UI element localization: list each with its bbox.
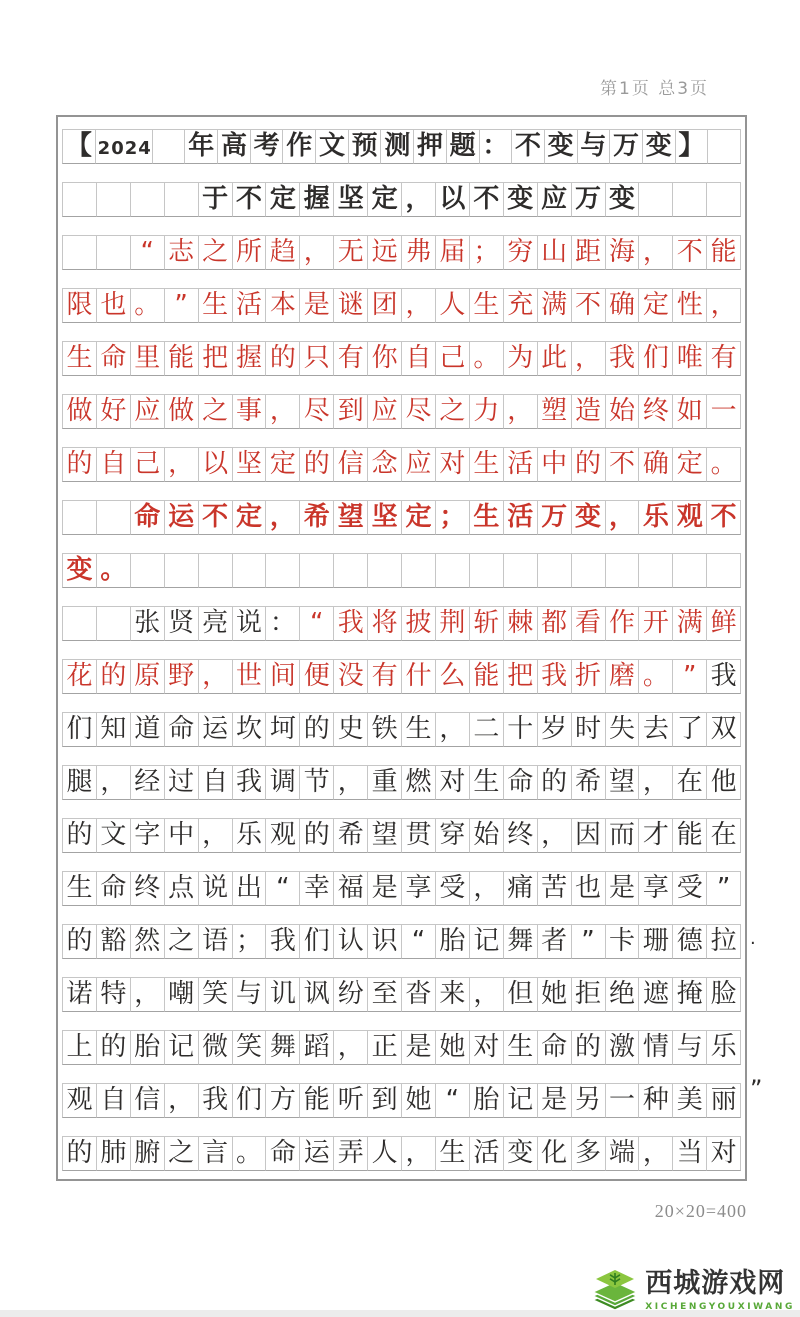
grid-cell: 到 (333, 394, 368, 429)
grid-cell: 是 (401, 1030, 436, 1065)
grid-cell: 之 (164, 924, 199, 959)
grid-cell: 而 (605, 818, 640, 853)
grid-cell: 造 (571, 394, 606, 429)
grid-cell: 遮 (638, 977, 673, 1012)
grid-cell: ； (469, 235, 504, 270)
grid-cell: 握 (299, 182, 334, 217)
grid-row: 诺特，嘲笑与讥讽纷至沓来，但她拒绝遮掩脸 (62, 977, 741, 1012)
grid-cell: 将 (367, 606, 402, 641)
grid-cell: 特 (96, 977, 131, 1012)
grid-row: 生命里能把握的只有你自己。为此，我们唯有 (62, 341, 741, 376)
grid-cell: 们 (62, 712, 97, 747)
grid-cell: ； (435, 500, 470, 535)
grid-cell: 笑 (198, 977, 233, 1012)
grid-cell: 经 (130, 765, 165, 800)
grid-cell: 事 (232, 394, 267, 429)
grid-cell: 胎 (435, 924, 470, 959)
grid-cell: 终 (130, 871, 165, 906)
grid-cell: 也 (96, 288, 131, 323)
grid-cell: 乐 (638, 500, 673, 535)
grid-cell: 距 (571, 235, 606, 270)
grid-cell: 能 (672, 818, 707, 853)
grid-cell: 所 (232, 235, 267, 270)
grid-cell: 们 (299, 924, 334, 959)
grid-cell: 年 (184, 129, 218, 164)
grid-cell: 测 (380, 129, 414, 164)
grid-cell (672, 182, 707, 217)
grid-cell: 人 (435, 288, 470, 323)
grid-cell: 命 (96, 871, 131, 906)
grid-cell: 史 (333, 712, 368, 747)
grid-cell: 确 (638, 447, 673, 482)
grid-cell: 趋 (265, 235, 300, 270)
grid-cell: 来 (435, 977, 470, 1012)
grid-cell: 的 (62, 447, 97, 482)
grid-cell: 海 (605, 235, 640, 270)
grid-cell: 不 (232, 182, 267, 217)
grid-cell: 运 (164, 500, 199, 535)
grid-cell: 自 (401, 341, 436, 376)
grid-cell: 折 (571, 659, 606, 694)
grid-cell: ， (198, 818, 233, 853)
grid-cell: 但 (503, 977, 538, 1012)
grid-cell: 满 (672, 606, 707, 641)
grid-cell (367, 553, 402, 588)
grid-cell: 坎 (232, 712, 267, 747)
grid-cell: 。 (638, 659, 673, 694)
grid-cell: 野 (164, 659, 199, 694)
grid-cell: 生 (469, 288, 504, 323)
grid-cell: 望 (333, 500, 368, 535)
grid-cell: 活 (469, 1136, 504, 1171)
grid-cell: 舞 (503, 924, 538, 959)
grid-cell: ， (401, 288, 436, 323)
grid-cell: 德 (672, 924, 707, 959)
grid-cell: 么 (435, 659, 470, 694)
grid-cell: 尽 (299, 394, 334, 429)
grid-cell: 嘲 (164, 977, 199, 1012)
grid-cell: 生 (503, 1030, 538, 1065)
grid-cell: 题 (446, 129, 480, 164)
grid-cell: 享 (638, 871, 673, 906)
grid-cell: 把 (503, 659, 538, 694)
grid-cell (164, 553, 199, 588)
grid-cell: “ (265, 871, 300, 906)
grid-cell: 里 (130, 341, 165, 376)
grid-cell: 在 (706, 818, 741, 853)
grid-cell: 中 (537, 447, 572, 482)
grid-cell: 命 (537, 1030, 572, 1065)
grid-row: 命运不定，希望坚定；生活万变，乐观不 (62, 500, 741, 535)
grid-cell: 都 (537, 606, 572, 641)
grid-cell: 弄 (333, 1136, 368, 1171)
bottom-edge-band (0, 1310, 800, 1317)
grid-cell: 尽 (401, 394, 436, 429)
grid-cell: 能 (299, 1083, 334, 1118)
watermark-name: 西城游戏网 (645, 1270, 785, 1298)
grid-cell: 是 (299, 288, 334, 323)
grid-cell: ， (333, 765, 368, 800)
grid-cell: ， (299, 235, 334, 270)
grid-cell: 运 (299, 1136, 334, 1171)
grid-cell: 定 (638, 288, 673, 323)
grid-cell: 铁 (367, 712, 402, 747)
grid-cell: 贤 (164, 606, 199, 641)
grid-cell: 定 (232, 500, 267, 535)
grid-cell: 人 (367, 1136, 402, 1171)
grid-cell: 腿 (62, 765, 97, 800)
grid-cell: 他 (706, 765, 741, 800)
grid-row: “志之所趋，无远弗届；穷山距海，不能 (62, 235, 741, 270)
grid-cell: 她 (435, 1030, 470, 1065)
grid-cell: 们 (638, 341, 673, 376)
grid-cell: 是 (367, 871, 402, 906)
grid-cell: 与 (232, 977, 267, 1012)
grid-cell: 变 (62, 553, 97, 588)
grid-row: 做好应做之事，尽到应尽之力，塑造始终如一 (62, 394, 741, 429)
grid-cell: 万 (609, 129, 643, 164)
grid-cell: 生 (62, 341, 97, 376)
grid-cell (706, 553, 741, 588)
grid-cell: 生 (469, 500, 504, 535)
grid-row: 上的胎记微笑舞蹈，正是她对生命的激情与乐 (62, 1030, 741, 1065)
grid-cell: 不 (571, 288, 606, 323)
margin-mark: ” (750, 1075, 762, 1103)
grid-cell: ； (232, 924, 267, 959)
grid-cell: 的 (62, 1136, 97, 1171)
grid-cell: 变 (642, 129, 676, 164)
grid-cell: ， (537, 818, 572, 853)
grid-cell: 的 (96, 1030, 131, 1065)
grid-cell: 定 (401, 500, 436, 535)
grid-cell: 能 (706, 235, 741, 270)
grid-cell: 信 (333, 447, 368, 482)
grid-cell: 做 (62, 394, 97, 429)
grid-cell: 正 (367, 1030, 402, 1065)
grid-cell: 幸 (299, 871, 334, 906)
grid-cell: 与 (577, 129, 611, 164)
grid-cell: ， (333, 1030, 368, 1065)
grid-cell (707, 129, 741, 164)
grid-cell (96, 235, 131, 270)
grid-cell: 终 (503, 818, 538, 853)
grid-cell: 世 (232, 659, 267, 694)
grid-cell: 我 (706, 659, 741, 694)
grid-cell (537, 553, 572, 588)
grid-row: 【2024年高考作文预测押题：不变与万变】 (62, 129, 741, 164)
grid-cell: 能 (164, 341, 199, 376)
grid-cell: 坚 (232, 447, 267, 482)
grid-cell (130, 182, 165, 217)
grid-cell: ” (164, 288, 199, 323)
grid-cell: 受 (672, 871, 707, 906)
grid-cell: 我 (537, 659, 572, 694)
grid-cell: ， (706, 288, 741, 323)
grid-cell: 肺 (96, 1136, 131, 1171)
grid-cell: 定 (672, 447, 707, 482)
grid-cell: 福 (333, 871, 368, 906)
grid-cell: 的 (299, 447, 334, 482)
grid-cell: 上 (62, 1030, 97, 1065)
grid-cell: 远 (367, 235, 402, 270)
grid-cell: 了 (672, 712, 707, 747)
grid-cell: 过 (164, 765, 199, 800)
grid-cell: ， (638, 235, 673, 270)
grid-cell: 的 (537, 765, 572, 800)
grid-cell: 不 (672, 235, 707, 270)
grid-row: 的肺腑之言。命运弄人，生活变化多端，当对 (62, 1136, 741, 1171)
grid-cell: 者 (537, 924, 572, 959)
grid-cell: ， (164, 1083, 199, 1118)
grid-cell: 2024 (95, 129, 153, 164)
grid-cell: 有 (367, 659, 402, 694)
grid-cell: ， (265, 500, 300, 535)
grid-cell: 自 (198, 765, 233, 800)
grid-cell: 方 (265, 1083, 300, 1118)
grid-cell: 如 (672, 394, 707, 429)
grid-row: 张贤亮说：“我将披荆斩棘都看作开满鲜 (62, 606, 741, 641)
grid-cell: 二 (469, 712, 504, 747)
grid-cell: 言 (198, 1136, 233, 1171)
grid-cell: 一 (706, 394, 741, 429)
grid-cell (401, 553, 436, 588)
grid-row: 的自己，以坚定的信念应对生活中的不确定。 (62, 447, 741, 482)
grid-cell: 有 (333, 341, 368, 376)
grid-cell: 岁 (537, 712, 572, 747)
grid-cell: 对 (435, 765, 470, 800)
grid-cell: 张 (130, 606, 165, 641)
grid-cell: 之 (198, 394, 233, 429)
grid-cell: 限 (62, 288, 97, 323)
grid-row: 腿，经过自我调节，重燃对生命的希望，在他 (62, 765, 741, 800)
grid-cell: 也 (571, 871, 606, 906)
grid-cell: 生 (469, 447, 504, 482)
grid-row: 花的原野，世间便没有什么能把我折磨。”我 (62, 659, 741, 694)
grid-cell: 押 (413, 129, 447, 164)
grid-cell: 认 (333, 924, 368, 959)
grid-cell: 万 (537, 500, 572, 535)
grid-cell: 豁 (96, 924, 131, 959)
grid-cell: 于 (198, 182, 233, 217)
grid-cell: 识 (367, 924, 402, 959)
grid-cell: 运 (198, 712, 233, 747)
grid-cell: 你 (367, 341, 402, 376)
grid-cell: 为 (503, 341, 538, 376)
grid-cell: 对 (435, 447, 470, 482)
grid-cell: 。 (232, 1136, 267, 1171)
grid-cell: “ (299, 606, 334, 641)
grid-cell: 鲜 (706, 606, 741, 641)
grid-cell: 自 (96, 1083, 131, 1118)
grid-cell: 之 (198, 235, 233, 270)
grid-cell: 另 (571, 1083, 606, 1118)
grid-cell: 我 (232, 765, 267, 800)
grid-row: 们知道命运坎坷的史铁生，二十岁时失去了双 (62, 712, 741, 747)
grid-cell: 以 (198, 447, 233, 482)
grid-cell: 与 (672, 1030, 707, 1065)
grid-cell: 穿 (435, 818, 470, 853)
grid-cell: 端 (605, 1136, 640, 1171)
grid-cell (96, 500, 131, 535)
grid-cell: 观 (672, 500, 707, 535)
grid-cell: 活 (503, 447, 538, 482)
grid-cell: 听 (333, 1083, 368, 1118)
grid-cell: 舞 (265, 1030, 300, 1065)
watermark-logo-icon (592, 1269, 638, 1313)
grid-cell (96, 182, 131, 217)
grid-cell: 望 (605, 765, 640, 800)
grid-cell: 。 (96, 553, 131, 588)
grid-cell: 文 (96, 818, 131, 853)
grid-cell: 塑 (537, 394, 572, 429)
grid-cell: 出 (232, 871, 267, 906)
grid-cell: 的 (299, 818, 334, 853)
grid-cell: 应 (130, 394, 165, 429)
grid-cell: 时 (571, 712, 606, 747)
grid-cell: 满 (537, 288, 572, 323)
grid-cell (130, 553, 165, 588)
grid-cell: ， (198, 659, 233, 694)
grid-cell: 因 (571, 818, 606, 853)
grid-cell: 把 (198, 341, 233, 376)
grid-cell: 便 (299, 659, 334, 694)
grid-cell: 本 (265, 288, 300, 323)
grid-cell (265, 553, 300, 588)
grid-cell: 的 (62, 818, 97, 853)
grid-cell: “ (401, 924, 436, 959)
sheet-count-label: 20×20=400 (56, 1201, 747, 1222)
grid-cell (62, 182, 97, 217)
grid-cell: 双 (706, 712, 741, 747)
grid-cell: 痛 (503, 871, 538, 906)
grid-cell: “ (130, 235, 165, 270)
grid-cell: 当 (672, 1136, 707, 1171)
grid-cell: 之 (164, 1136, 199, 1171)
grid-cell: 披 (401, 606, 436, 641)
grid-cell: 的 (571, 447, 606, 482)
grid-cell (96, 606, 131, 641)
grid-cell: 才 (638, 818, 673, 853)
grid-cell: ， (638, 1136, 673, 1171)
grid-cell: 记 (503, 1083, 538, 1118)
grid-cell: 能 (469, 659, 504, 694)
grid-cell: ， (503, 394, 538, 429)
grid-cell: 点 (164, 871, 199, 906)
grid-cell: ： (265, 606, 300, 641)
grid-cell: 贯 (401, 818, 436, 853)
grid-cell: 多 (571, 1136, 606, 1171)
grid-cell: 重 (367, 765, 402, 800)
grid-cell: 激 (605, 1030, 640, 1065)
grid-row: 的文字中，乐观的希望贯穿始终，因而才能在 (62, 818, 741, 853)
grid-cell: 看 (571, 606, 606, 641)
grid-cell: 脸 (706, 977, 741, 1012)
grid-cell: 坚 (367, 500, 402, 535)
grid-cell: 纷 (333, 977, 368, 1012)
grid-cell: 生 (198, 288, 233, 323)
grid-cell: 唯 (672, 341, 707, 376)
grid-row: 生命终点说出“幸福是享受，痛苦也是享受” (62, 871, 741, 906)
grid-cell: 知 (96, 712, 131, 747)
grid-cell: 力 (469, 394, 504, 429)
grid-cell: ” (672, 659, 707, 694)
grid-cell: 化 (537, 1136, 572, 1171)
grid-cell: 珊 (638, 924, 673, 959)
grid-cell: 以 (435, 182, 470, 217)
grid-cell: 什 (401, 659, 436, 694)
grid-cell (62, 500, 97, 535)
grid-cell: ， (96, 765, 131, 800)
grid-cell (638, 182, 673, 217)
composition-grid: 【2024年高考作文预测押题：不变与万变】于不定握坚定，以不变应万变“志之所趋，… (56, 115, 747, 1181)
grid-row: 的豁然之语；我们认识“胎记舞者”卡珊德拉· (62, 924, 741, 959)
grid-cell: ， (469, 977, 504, 1012)
grid-cell: 笑 (232, 1030, 267, 1065)
grid-cell: 活 (503, 500, 538, 535)
grid-cell: 不 (511, 129, 545, 164)
grid-cell: 间 (265, 659, 300, 694)
grid-cell: ， (571, 341, 606, 376)
grid-cell: 微 (198, 1030, 233, 1065)
grid-cell: 十 (503, 712, 538, 747)
grid-cell: ， (435, 712, 470, 747)
grid-cell: 握 (232, 341, 267, 376)
grid-cell: 荆 (435, 606, 470, 641)
grid-cell: 始 (469, 818, 504, 853)
grid-cell: 在 (672, 765, 707, 800)
grid-cell: ” (706, 871, 741, 906)
grid-cell: ， (265, 394, 300, 429)
grid-cell: 定 (265, 182, 300, 217)
grid-cell: ， (401, 1136, 436, 1171)
grid-cell: 万 (571, 182, 606, 217)
grid-cell: 始 (605, 394, 640, 429)
grid-row: 限也。”生活本是谜团，人生充满不确定性， (62, 288, 741, 323)
grid-cell: 己 (435, 341, 470, 376)
grid-row: 于不定握坚定，以不变应万变 (62, 182, 741, 217)
grid-cell (469, 553, 504, 588)
grid-cell: 穷 (503, 235, 538, 270)
grid-cell: 胎 (469, 1083, 504, 1118)
page-indicator: 第1页 总3页 (600, 74, 709, 99)
grid-cell: 生 (62, 871, 97, 906)
grid-cell: 变 (605, 182, 640, 217)
grid-cell: 做 (164, 394, 199, 429)
grid-cell: 不 (605, 447, 640, 482)
grid-cell: 预 (348, 129, 382, 164)
grid-cell: 确 (605, 288, 640, 323)
grid-cell: 情 (638, 1030, 673, 1065)
grid-cell (435, 553, 470, 588)
grid-cell: 生 (469, 765, 504, 800)
grid-cell: 【 (62, 129, 96, 164)
grid-cell: 蹈 (299, 1030, 334, 1065)
grid-cell: 种 (638, 1083, 673, 1118)
grid-cell: 】 (675, 129, 709, 164)
grid-cell: 绝 (605, 977, 640, 1012)
grid-cell: 只 (299, 341, 334, 376)
grid-cell: 望 (367, 818, 402, 853)
grid-cell: 考 (250, 129, 284, 164)
grid-cell: 不 (198, 500, 233, 535)
grid-cell: 观 (62, 1083, 97, 1118)
grid-cell: 然 (130, 924, 165, 959)
grid-cell: ， (638, 765, 673, 800)
grid-cell: 应 (401, 447, 436, 482)
grid-cell (299, 553, 334, 588)
grid-cell: 开 (638, 606, 673, 641)
grid-cell: 掩 (672, 977, 707, 1012)
